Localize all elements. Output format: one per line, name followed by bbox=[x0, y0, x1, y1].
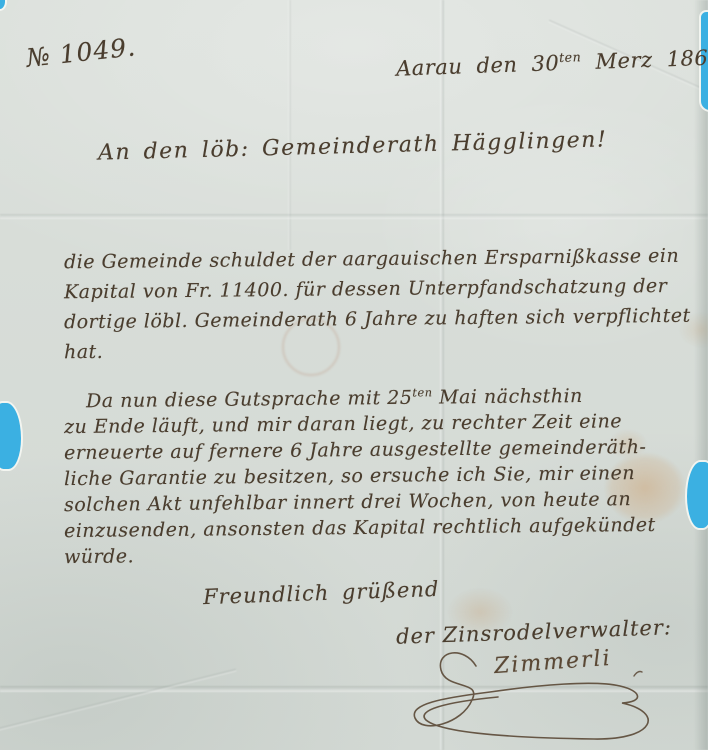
signature-block: Zimmerli bbox=[398, 642, 688, 750]
letter-line: hat. bbox=[64, 331, 691, 368]
torn-edge-right bbox=[687, 462, 708, 528]
date-ordinal-superscript: ten bbox=[412, 385, 432, 399]
paragraph-2: Da nun diese Gutsprache mit 25ten Mai nä… bbox=[64, 380, 656, 567]
dateline-ordinal-superscript: ten bbox=[559, 49, 582, 65]
paragraph-1: die Gemeinde schuldet der aargauischen E… bbox=[64, 244, 691, 364]
dateline-month-year: Merz 1864 bbox=[581, 45, 708, 74]
line-text: Mai nächsthin bbox=[432, 385, 583, 409]
letter-line: würde. bbox=[64, 538, 656, 570]
letter-scan: № 1049. Aarau den 30ten Merz 1864 An den… bbox=[0, 0, 708, 750]
line-text: Da nun diese Gutsprache mit 25 bbox=[86, 387, 413, 412]
